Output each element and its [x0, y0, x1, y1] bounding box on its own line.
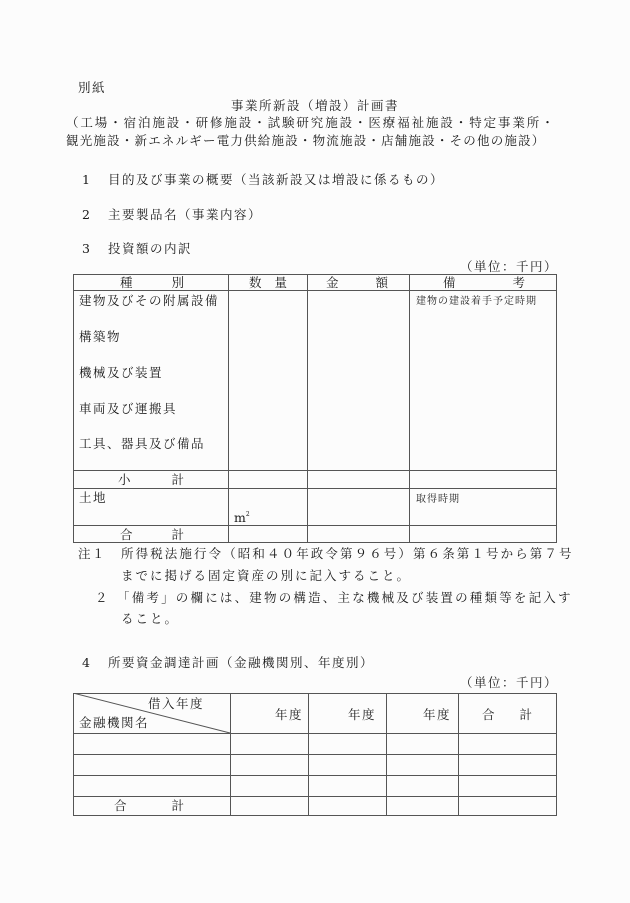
table-border	[458, 693, 459, 816]
section-4-label: 所要資金調達計画（金融機関別、年度別）	[108, 657, 374, 670]
row-remarks-land: 取得時期	[416, 495, 460, 505]
note-1-line-2: までに掲げる固定資産の別に記入すること。	[121, 570, 411, 583]
attachment-label: 別紙	[78, 82, 106, 95]
table-border	[228, 274, 229, 543]
section-3-label: 投資額の内訳	[108, 243, 192, 256]
table-border	[73, 525, 557, 526]
table-border	[73, 274, 557, 275]
year-column-1: 年度	[275, 709, 303, 722]
subtitle-line-1: （工場・宿泊施設・研修施設・試験研究施設・医療福祉施設・特定事業所・	[66, 117, 556, 130]
row-remarks-buildings: 建物の建設着手予定時期	[416, 297, 537, 307]
row-type-land: 土地	[79, 492, 107, 505]
row-type-machinery: 機械及び装置	[79, 367, 163, 380]
table-border	[73, 274, 74, 543]
note-2-line-2: ること。	[121, 613, 179, 626]
subtotal-label: 小 計	[118, 474, 184, 487]
year-column-3: 年度	[423, 709, 451, 722]
table-border	[73, 775, 557, 776]
note-1-label: 注１	[78, 548, 106, 561]
investment-unit-label: （単位：千円）	[460, 261, 558, 274]
section-1-number: 1	[82, 174, 90, 187]
section-3-number: 3	[82, 243, 90, 256]
section-2-label: 主要製品名（事業内容）	[108, 209, 262, 222]
table-border	[308, 693, 309, 816]
header-amount: 金 額	[326, 277, 388, 290]
row-type-tools: 工具、器具及び備品	[79, 438, 205, 451]
table-border	[556, 693, 557, 816]
total-label: 合 計	[120, 529, 184, 542]
table-border	[556, 274, 557, 543]
section-1-label: 目的及び事業の概要（当該新設又は増設に係るもの）	[108, 174, 444, 187]
header-remarks: 備 考	[443, 277, 525, 290]
subtitle-line-2: 観光施設・新エネルギー電力供給施設・物流施設・店舗施設・その他の施設）	[66, 135, 546, 148]
section-2-number: 2	[82, 209, 90, 222]
table-border	[73, 290, 557, 291]
corner-label-institution: 金融機関名	[79, 717, 149, 730]
note-2-label: ２	[95, 592, 108, 605]
note-2-line-1: 「備考」の欄には、建物の構造、主な機械及び装置の種類等を記入す	[117, 592, 573, 605]
table-border	[73, 488, 557, 489]
total-column-header: 合 計	[482, 709, 532, 722]
header-quantity: 数 量	[249, 277, 287, 290]
funding-unit-label: （単位：千円）	[460, 677, 558, 690]
funding-total-row-label: 合 計	[114, 800, 184, 813]
year-column-2: 年度	[348, 709, 376, 722]
table-border	[73, 754, 557, 755]
note-1-line-1: 所得税法施行令（昭和４０年政令第９６号）第６条第１号から第７号	[121, 548, 574, 561]
table-border	[73, 542, 557, 543]
row-type-structures: 構築物	[79, 331, 121, 344]
section-4-number: 4	[82, 657, 90, 670]
header-type: 種 別	[120, 277, 184, 290]
land-unit-sqm: m2	[234, 512, 250, 525]
corner-label-year: 借入年度	[148, 698, 204, 711]
table-border	[307, 274, 308, 543]
table-border	[409, 274, 410, 543]
table-border	[386, 693, 387, 816]
table-border	[73, 796, 557, 797]
table-border	[73, 470, 557, 471]
row-type-buildings: 建物及びその附属設備	[79, 295, 219, 308]
document-title: 事業所新設（増設）計画書	[0, 100, 630, 113]
table-border	[73, 815, 557, 816]
row-type-vehicles: 車両及び運搬具	[79, 403, 177, 416]
